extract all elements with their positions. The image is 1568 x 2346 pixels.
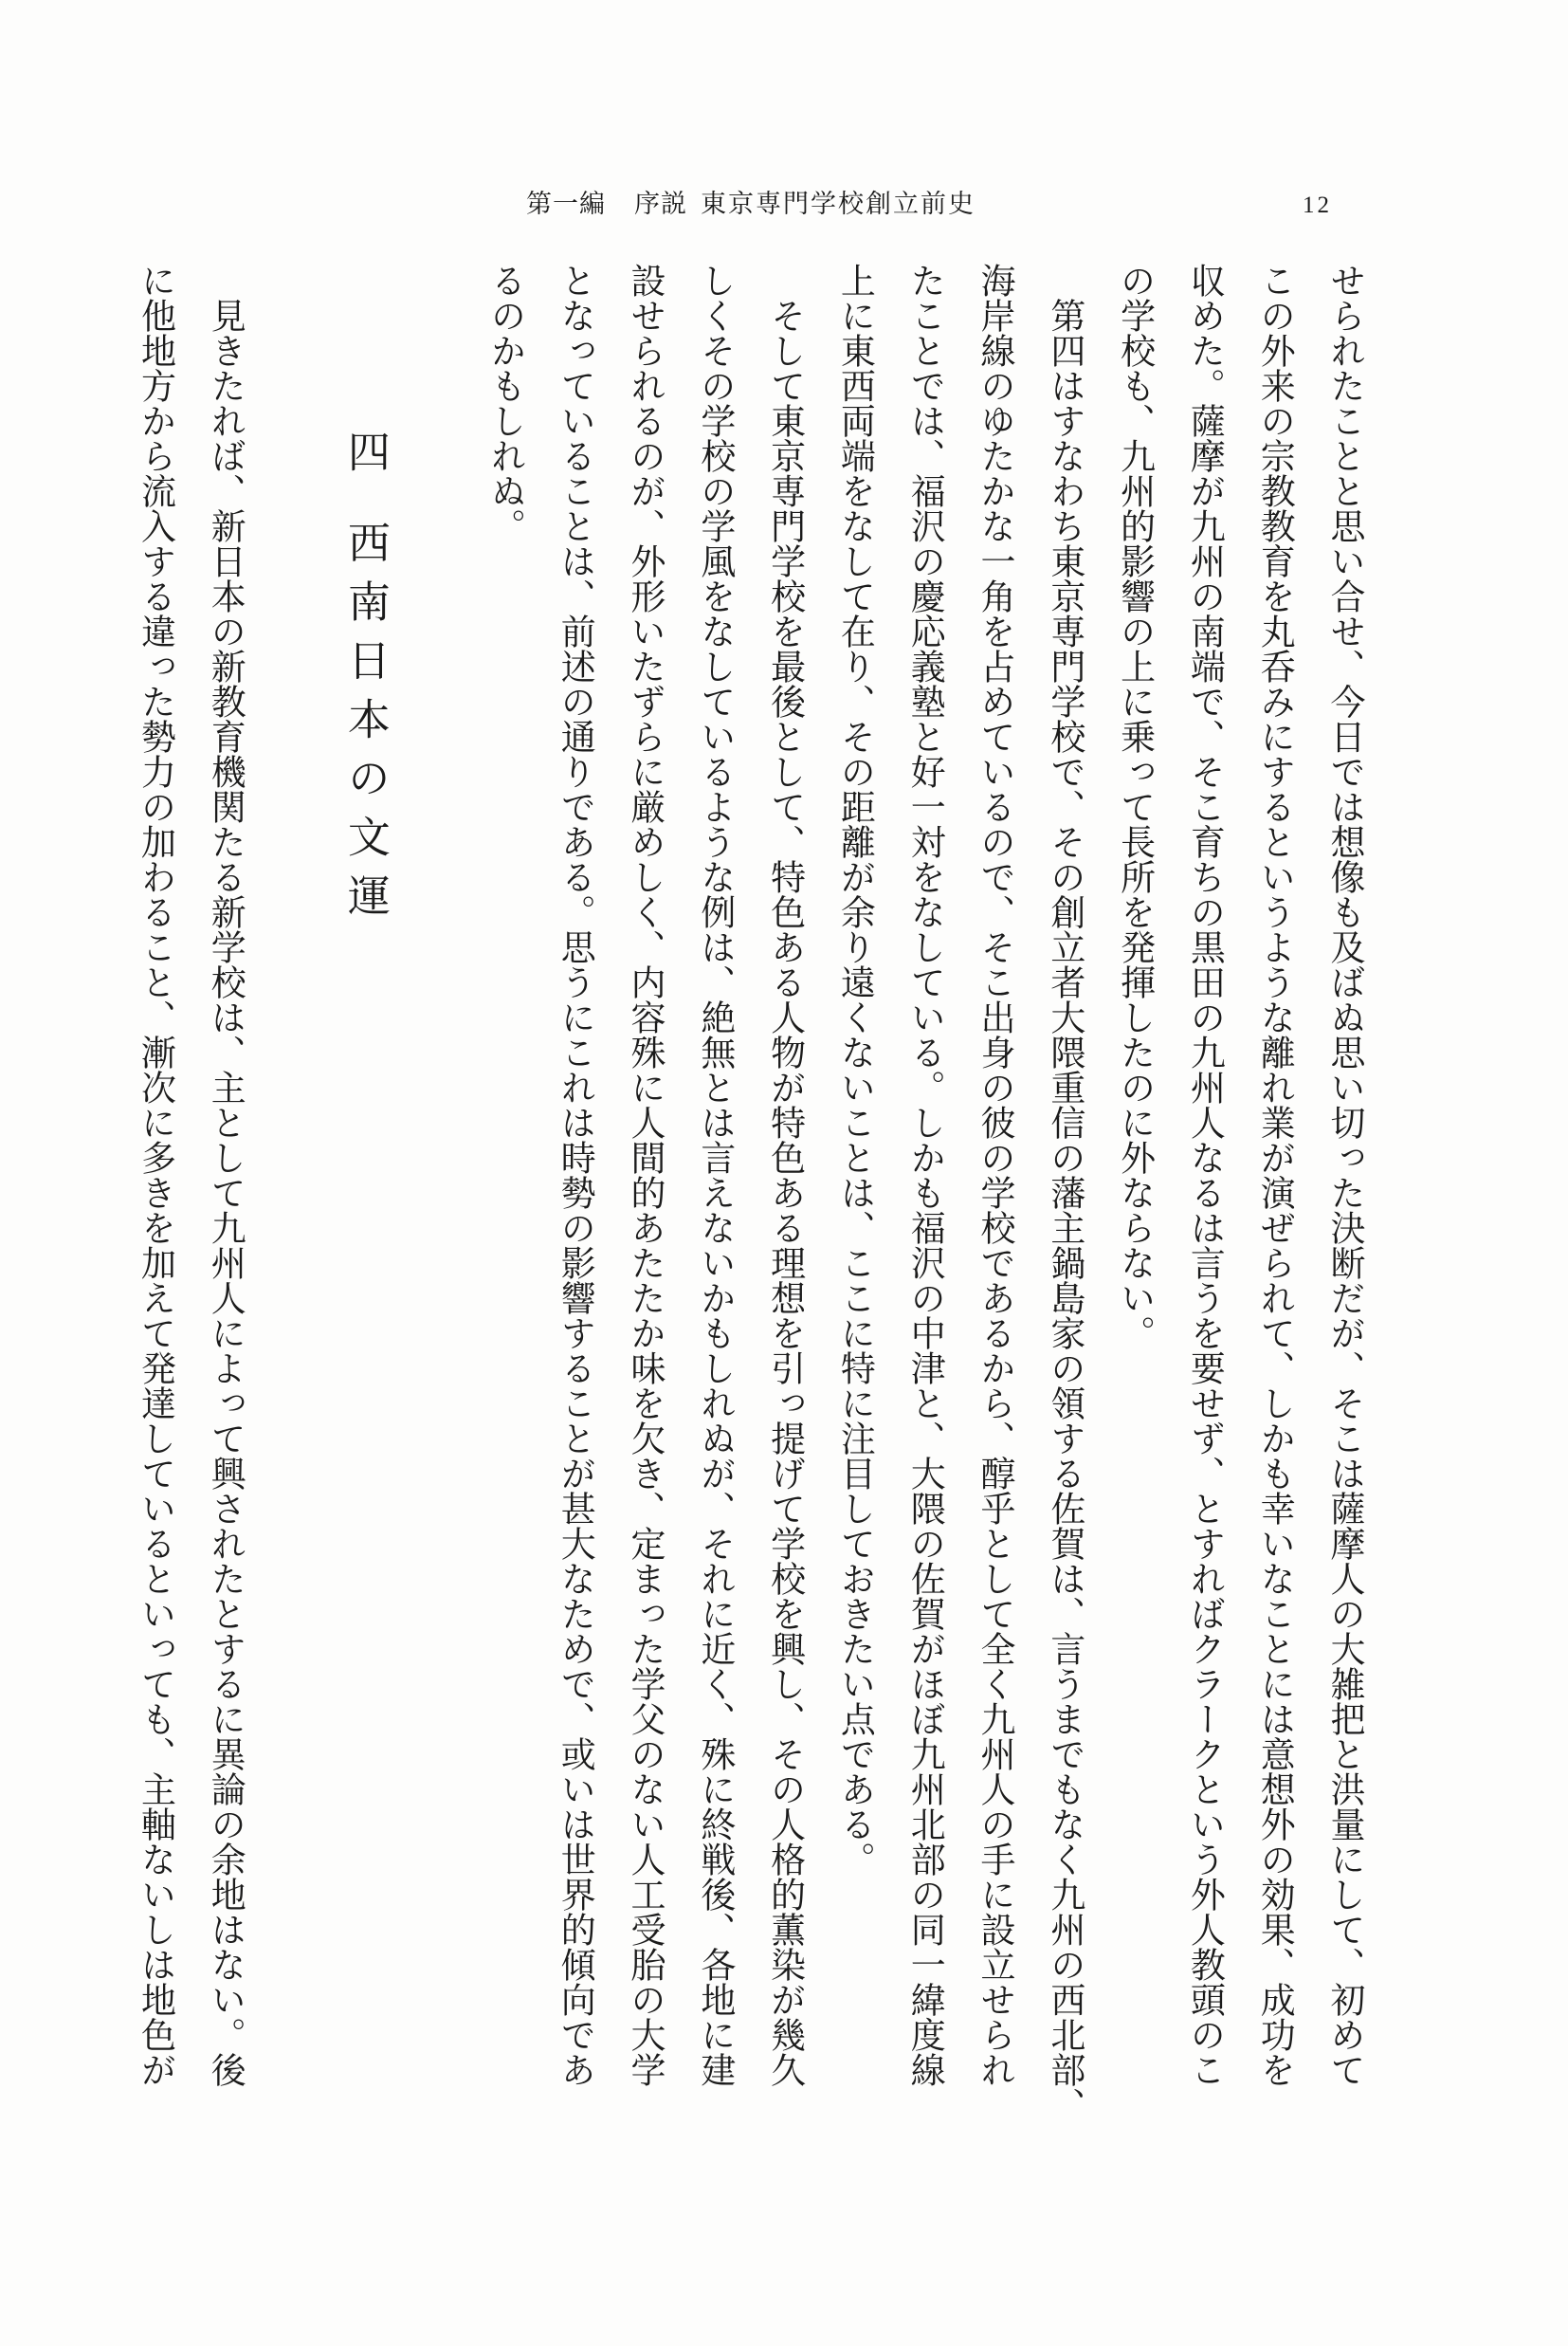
paragraph-start-line: そして東京専門学校を最後として、特色ある人物が特色ある理想を引っ提げて学校を興し… — [750, 263, 820, 2102]
text-line: せられたことと思い合せ、今日では想像も及ばぬ思い切った決断だが、そこは薩摩人の大… — [1309, 263, 1379, 2102]
running-head-title: 東京専門学校創立前史 — [701, 190, 975, 219]
text-line: 上に東西両端をなして在り、その距離が余り遠くないことは、ここに特に注目しておきた… — [820, 263, 890, 2102]
section-heading: 四西南日本の文運 — [330, 263, 400, 2102]
text-line: しくその学校の学風をなしているような例は、絶無とは言えないかもしれぬが、それに近… — [680, 263, 750, 2102]
blank-line — [260, 263, 330, 2102]
paragraph-start-line: 見きたれば、新日本の新教育機関たる新学校は、主として九州人によって興されたとする… — [190, 263, 260, 2102]
text-line: となっていることは、前述の通りである。思うにこれは時勢の影響することが甚大なため… — [539, 263, 610, 2102]
text-line: たことでは、福沢の慶応義塾と好一対をなしている。しかも福沢の中津と、大隈の佐賀が… — [889, 263, 959, 2102]
section-heading-number: 四 — [340, 430, 391, 488]
text-line: この外来の宗教教育を丸呑みにするというような離れ業が演ぜられて、しかも幸いなこと… — [1239, 263, 1309, 2102]
text-line: 収めた。薩摩が九州の南端で、そこ育ちの黒田の九州人なるは言うを要せず、とすればク… — [1170, 263, 1240, 2102]
text-line: の学校も、九州的影響の上に乗って長所を発揮したのに外ならない。 — [1100, 263, 1170, 2102]
text-line: に他地方から流入する違った勢力の加わること、漸次に多きを加えて発達しているといっ… — [120, 263, 191, 2102]
running-head-chapter: 序説 — [634, 190, 687, 219]
running-head-part: 第一編 — [526, 190, 606, 219]
text-line: るのかもしれぬ。 — [470, 263, 540, 2102]
blank-line — [400, 263, 470, 2102]
section-heading-title: 西南日本の文運 — [340, 521, 391, 932]
vertical-text-body: せられたことと思い合せ、今日では想像も及ばぬ思い切った決断だが、そこは薩摩人の大… — [119, 263, 1379, 2102]
page-number: 12 — [1303, 192, 1332, 220]
paragraph-start-line: 第四はすなわち東京専門学校で、その創立者大隈重信の藩主鍋島家の領する佐賀は、言う… — [1030, 263, 1100, 2102]
text-line: 海岸線のゆたかな一角を占めているので、そこ出身の彼の学校であるから、醇乎として全… — [959, 263, 1030, 2102]
running-head: 第一編序説東京専門学校創立前史 — [526, 191, 975, 219]
text-line: 設せられるのが、外形いたずらに厳めしく、内容殊に人間的あたたか味を欠き、定まった… — [610, 263, 680, 2102]
